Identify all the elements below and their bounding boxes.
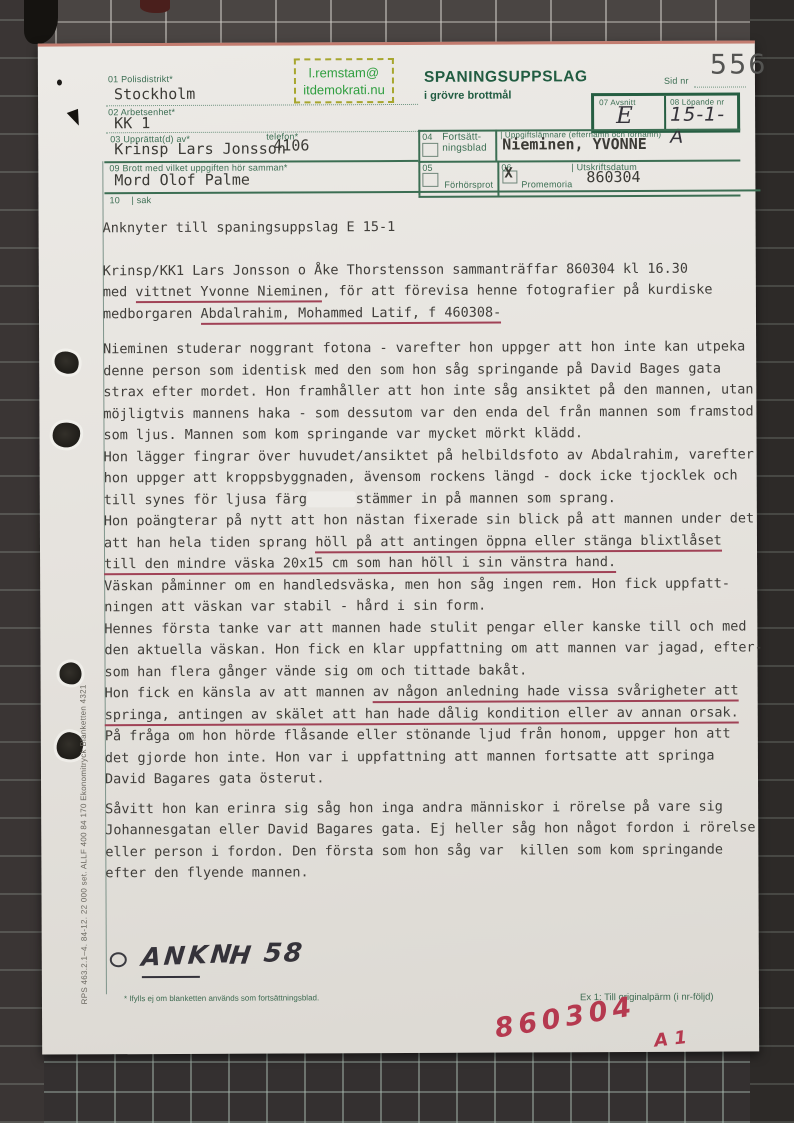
body-line: Krinsp/KK1 Lars Jonsson o Åke Thorstenss… bbox=[103, 258, 763, 282]
body-line: till synes för ljusa färg stämmer in på … bbox=[104, 487, 764, 511]
field-01-value: Stockholm bbox=[114, 85, 195, 103]
body-line: springa, antingen av skälet att han hade… bbox=[105, 702, 765, 726]
handwritten-h: H bbox=[228, 941, 253, 970]
ink-speck bbox=[57, 79, 62, 85]
field-06-label: Promemoria bbox=[521, 179, 572, 189]
punch-hole bbox=[51, 347, 83, 377]
body-line: medborgaren Abdalrahim, Mohammed Latif, … bbox=[103, 301, 763, 325]
body-line: som han flera gånger vände sig om och ti… bbox=[104, 659, 764, 683]
line-06-bottom bbox=[418, 195, 740, 198]
body-line: Johannesgatan eller David Bagares gata. … bbox=[105, 817, 765, 841]
line-04-left bbox=[418, 130, 420, 196]
field-05-label: Förhörsprot bbox=[444, 180, 493, 190]
field-09-value: Mord Olof Palme bbox=[114, 171, 250, 190]
handwritten-ankn: ANKN bbox=[140, 939, 236, 972]
handwritten-date-red: 860304 bbox=[492, 991, 638, 1045]
field-10-label: 10 bbox=[109, 195, 119, 205]
body-line: till den mindre väska 20x15 cm som han h… bbox=[104, 551, 764, 575]
checkbox-forhorsprot bbox=[422, 173, 438, 187]
body-line: hon uppger att kroppsbyggnaden, ävensom … bbox=[104, 465, 764, 489]
body-line: med vittnet Yvonne Nieminen, för att för… bbox=[103, 279, 763, 303]
body-line: denne person som identisk med den som ho… bbox=[103, 358, 763, 382]
form-title: SPANINGSUPPSLAG bbox=[424, 68, 588, 87]
informant-value: Nieminen, YVONNE bbox=[502, 135, 647, 154]
avsnitt-box: 07 Avsnitt E 08 Löpande nr 15-1-A bbox=[591, 93, 740, 134]
sid-nr-dotline bbox=[694, 86, 746, 87]
field-05-num: 05 bbox=[422, 163, 432, 173]
body-line: efter den flyende mannen. bbox=[105, 860, 765, 884]
form-print-code: RPS 463.2.1–4. 84-12. 22 000 set. ALLF 4… bbox=[78, 604, 89, 1004]
body-line: Hon poängterar på nytt att hon nästan fi… bbox=[104, 508, 764, 532]
separator-dotted bbox=[106, 104, 418, 106]
body-line: Nieminen studerar noggrant fotona - vare… bbox=[103, 336, 763, 360]
form-subtitle: i grövre brottmål bbox=[424, 90, 511, 102]
field-01-label: 01 Polisdistrikt* bbox=[108, 74, 173, 84]
line-10-top bbox=[104, 189, 760, 193]
field-02-value: KK 1 bbox=[114, 114, 150, 132]
field-04-label-1: Fortsätt- bbox=[442, 132, 481, 143]
stamp-line1: l.remstam@ bbox=[296, 64, 392, 81]
handwritten-a1-red: A 1 bbox=[653, 1027, 688, 1051]
handwritten-circle bbox=[110, 952, 127, 967]
field-03-value: Krinsp Lars Jonsson bbox=[114, 139, 286, 158]
body-line: ningen att väskan var stabil - hård i si… bbox=[104, 594, 764, 618]
body-line: Hon lägger fingrar över huvudet/ansiktet… bbox=[104, 444, 764, 468]
body-line: På fråga om hon hörde flåsande eller stö… bbox=[105, 723, 765, 747]
body-line: som ljus. Mannen som kom springande var … bbox=[103, 422, 763, 446]
body-line: det gjorde hon inte. Hon var i uppfattni… bbox=[105, 745, 765, 769]
line-06-divider bbox=[497, 161, 499, 196]
punch-hole bbox=[51, 420, 83, 450]
field-04-num: 04 bbox=[422, 132, 432, 142]
checkbox-fortsattningsblad bbox=[422, 143, 438, 157]
report-body: Anknyter till spaningsuppslag E 15-1Krin… bbox=[103, 215, 766, 884]
field-04-label-2: ningsblad bbox=[442, 143, 487, 154]
field-10-sak-label: | sak bbox=[131, 195, 151, 205]
body-line: Väskan påminner om en handledsväska, men… bbox=[104, 573, 764, 597]
handwritten-ankn-underline bbox=[142, 976, 200, 978]
field-07-value: E bbox=[616, 103, 633, 129]
pen-mark bbox=[67, 109, 84, 128]
body-line: den aktuella väskan. Hon fick en klar up… bbox=[104, 637, 764, 661]
email-stamp: l.remstam@ itdemokrati.nu bbox=[294, 58, 394, 103]
document-paper: l.remstam@ itdemokrati.nu SPANINGSUPPSLA… bbox=[38, 40, 759, 1054]
body-line: Hennes första tanke var att mannen hade … bbox=[104, 616, 764, 640]
printdate-value: 860304 bbox=[586, 168, 640, 186]
body-line: att han hela tiden sprang höll på att an… bbox=[104, 530, 764, 554]
body-line: Anknyter till spaningsuppslag E 15-1 bbox=[103, 215, 763, 239]
body-line: strax efter mordet. Hon framhåller att h… bbox=[103, 379, 763, 403]
line-04-divider bbox=[495, 130, 497, 161]
field-08-value: 15-1-A bbox=[670, 104, 737, 148]
sid-nr-label: Sid nr bbox=[664, 76, 689, 86]
body-line: eller person i fordon. Den första som ho… bbox=[105, 839, 765, 863]
body-line: möjligtvis mannens haka - som dessutom v… bbox=[103, 401, 763, 425]
avsnitt-divider bbox=[664, 96, 666, 130]
cutting-mat-top bbox=[0, 0, 794, 46]
separator-dotted bbox=[106, 131, 418, 133]
body-line: Såvitt hon kan erinra sig såg hon inga a… bbox=[105, 796, 765, 820]
handwritten-58: 58 bbox=[262, 938, 305, 968]
footnote: * Ifylls ej om blanketten används som fo… bbox=[124, 993, 319, 1003]
field-03-phone-value: 4106 bbox=[273, 136, 309, 154]
body-line: Hon fick en känsla av att mannen av någo… bbox=[105, 680, 765, 704]
cutting-mat-bottom bbox=[0, 1046, 794, 1123]
mat-dark-mark bbox=[140, 0, 170, 13]
page-number: 556 bbox=[710, 49, 768, 80]
stamp-line2: itdemokrati.nu bbox=[296, 81, 392, 98]
body-line: David Bagares gata österut. bbox=[105, 766, 765, 790]
checkbox-promemoria-x: X bbox=[504, 165, 513, 181]
